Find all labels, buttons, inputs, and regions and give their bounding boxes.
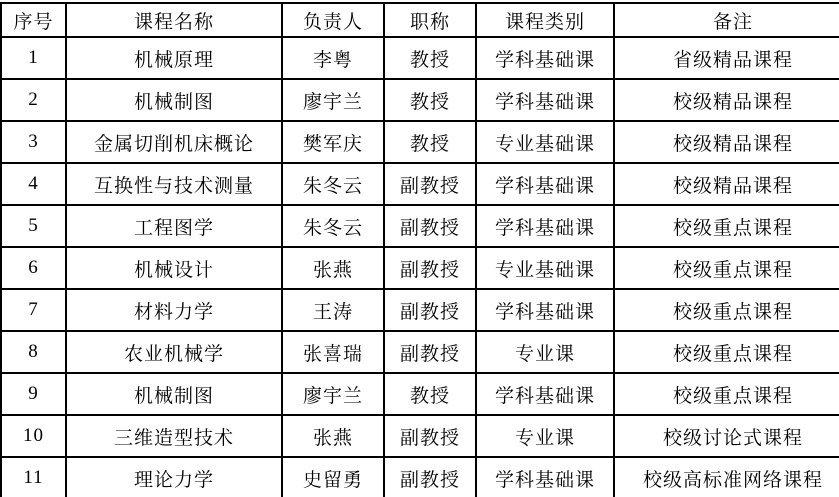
- table-cell-title: 教授: [384, 79, 476, 121]
- table-cell-leader: 张燕: [282, 247, 384, 289]
- table-cell-remark: 校级精品课程: [614, 163, 839, 205]
- table-cell-title: 副教授: [384, 415, 476, 457]
- table-cell-remark: 校级重点课程: [614, 205, 839, 247]
- table-cell-leader: 廖宇兰: [282, 373, 384, 415]
- header-cell-course_name: 课程名称: [66, 3, 282, 37]
- table-cell-no: 4: [1, 163, 66, 205]
- table-cell-category: 学科基础课: [476, 163, 614, 205]
- table-cell-category: 学科基础课: [476, 79, 614, 121]
- table-cell-title: 副教授: [384, 205, 476, 247]
- table-row: 9机械制图廖宇兰教授学科基础课校级重点课程: [1, 373, 839, 415]
- table-cell-category: 学科基础课: [476, 37, 614, 79]
- table-cell-remark: 省级精品课程: [614, 37, 839, 79]
- table-cell-course_name: 材料力学: [66, 289, 282, 331]
- table-row: 7材料力学王涛副教授学科基础课校级重点课程: [1, 289, 839, 331]
- table-cell-title: 教授: [384, 373, 476, 415]
- table-cell-leader: 朱冬云: [282, 163, 384, 205]
- table-cell-category: 学科基础课: [476, 457, 614, 497]
- table-header-row: 序号课程名称负责人职称课程类别备注: [1, 3, 839, 37]
- table-cell-title: 教授: [384, 37, 476, 79]
- table-cell-title: 副教授: [384, 331, 476, 373]
- table-cell-no: 5: [1, 205, 66, 247]
- table-cell-category: 专业课: [476, 331, 614, 373]
- table-row: 11理论力学史留勇副教授学科基础课校级高标准网络课程: [1, 457, 839, 497]
- table-cell-no: 6: [1, 247, 66, 289]
- table-cell-title: 教授: [384, 121, 476, 163]
- table-cell-remark: 校级讨论式课程: [614, 415, 839, 457]
- table-cell-course_name: 农业机械学: [66, 331, 282, 373]
- table-cell-leader: 李粤: [282, 37, 384, 79]
- table-cell-no: 7: [1, 289, 66, 331]
- table-cell-no: 10: [1, 415, 66, 457]
- table-cell-category: 学科基础课: [476, 373, 614, 415]
- table-cell-remark: 校级精品课程: [614, 79, 839, 121]
- table-cell-course_name: 互换性与技术测量: [66, 163, 282, 205]
- table-cell-category: 专业基础课: [476, 247, 614, 289]
- table-cell-course_name: 机械制图: [66, 373, 282, 415]
- table-cell-category: 专业基础课: [476, 121, 614, 163]
- table-cell-no: 8: [1, 331, 66, 373]
- table-row: 1机械原理李粤教授学科基础课省级精品课程: [1, 37, 839, 79]
- table-cell-title: 副教授: [384, 289, 476, 331]
- table-cell-leader: 廖宇兰: [282, 79, 384, 121]
- table-cell-title: 副教授: [384, 457, 476, 497]
- table-cell-remark: 校级重点课程: [614, 289, 839, 331]
- table-cell-no: 2: [1, 79, 66, 121]
- table-cell-leader: 张喜瑞: [282, 331, 384, 373]
- table-row: 3金属切削机床概论樊军庆教授专业基础课校级精品课程: [1, 121, 839, 163]
- table-cell-remark: 校级重点课程: [614, 331, 839, 373]
- table-row: 8农业机械学张喜瑞副教授专业课校级重点课程: [1, 331, 839, 373]
- header-cell-leader: 负责人: [282, 3, 384, 37]
- table-row: 4互换性与技术测量朱冬云副教授学科基础课校级精品课程: [1, 163, 839, 205]
- table-cell-remark: 校级重点课程: [614, 247, 839, 289]
- table-body: 1机械原理李粤教授学科基础课省级精品课程2机械制图廖宇兰教授学科基础课校级精品课…: [1, 37, 839, 497]
- header-cell-remark: 备注: [614, 3, 839, 37]
- table-cell-remark: 校级重点课程: [614, 373, 839, 415]
- table-cell-remark: 校级精品课程: [614, 121, 839, 163]
- header-cell-title: 职称: [384, 3, 476, 37]
- table-row: 10三维造型技术张燕副教授专业课校级讨论式课程: [1, 415, 839, 457]
- table-cell-course_name: 工程图学: [66, 205, 282, 247]
- table-cell-course_name: 机械制图: [66, 79, 282, 121]
- table-cell-title: 副教授: [384, 247, 476, 289]
- table-cell-no: 11: [1, 457, 66, 497]
- table-cell-category: 专业课: [476, 415, 614, 457]
- table-row: 2机械制图廖宇兰教授学科基础课校级精品课程: [1, 79, 839, 121]
- table-cell-no: 1: [1, 37, 66, 79]
- table-cell-category: 学科基础课: [476, 289, 614, 331]
- table-cell-course_name: 金属切削机床概论: [66, 121, 282, 163]
- table-cell-no: 9: [1, 373, 66, 415]
- header-cell-category: 课程类别: [476, 3, 614, 37]
- table-cell-course_name: 机械原理: [66, 37, 282, 79]
- table-cell-leader: 史留勇: [282, 457, 384, 497]
- table-cell-title: 副教授: [384, 163, 476, 205]
- table-cell-remark: 校级高标准网络课程: [614, 457, 839, 497]
- table-cell-leader: 朱冬云: [282, 205, 384, 247]
- table-cell-category: 学科基础课: [476, 205, 614, 247]
- table-cell-course_name: 理论力学: [66, 457, 282, 497]
- course-list-table: 序号课程名称负责人职称课程类别备注 1机械原理李粤教授学科基础课省级精品课程2机…: [0, 2, 839, 497]
- table-header: 序号课程名称负责人职称课程类别备注: [1, 3, 839, 37]
- table-cell-leader: 张燕: [282, 415, 384, 457]
- table-cell-leader: 王涛: [282, 289, 384, 331]
- header-cell-no: 序号: [1, 3, 66, 37]
- table-row: 5工程图学朱冬云副教授学科基础课校级重点课程: [1, 205, 839, 247]
- table-cell-leader: 樊军庆: [282, 121, 384, 163]
- table-cell-course_name: 三维造型技术: [66, 415, 282, 457]
- table-cell-course_name: 机械设计: [66, 247, 282, 289]
- table-cell-no: 3: [1, 121, 66, 163]
- table-row: 6机械设计张燕副教授专业基础课校级重点课程: [1, 247, 839, 289]
